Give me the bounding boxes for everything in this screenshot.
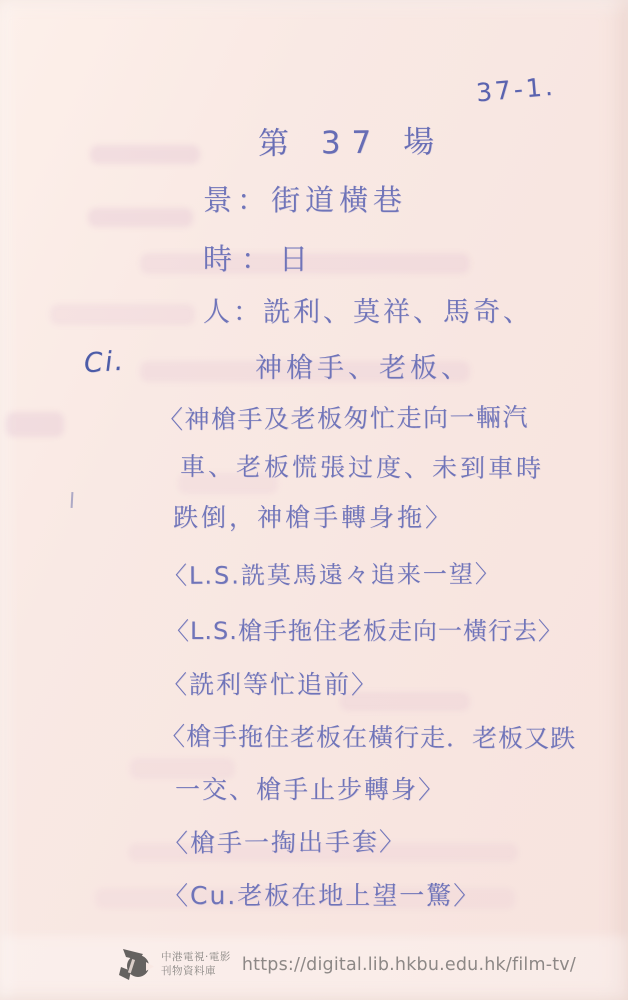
action-line: 〈L.S.槍手拖住老板走向一橫行去〉: [165, 618, 563, 646]
scanned-script-page: 37-1. 第 37 場 景：街道橫巷 時：日 人：詵利、莫祥、馬奇、 Ci. …: [0, 0, 628, 1000]
scene-setting: 景：街道橫巷: [203, 184, 407, 217]
library-name-line1: 中港電視·電影: [161, 951, 231, 965]
page-number: 37-1.: [475, 73, 557, 109]
cast-line-2: 神槍手、老板、: [255, 353, 472, 384]
stray-pen-mark: [71, 492, 74, 508]
ink-bleedthrough: [50, 304, 195, 325]
ink-bleedthrough: [6, 412, 64, 437]
action-line: 跌倒，神槍手轉身拖〉: [173, 504, 453, 533]
scene-time: 時：日: [203, 243, 317, 276]
action-line: 〈神槍手及老板匆忙走向一輛汽: [158, 404, 529, 435]
action-line: 〈Cu.老板在地上望一驚〉: [163, 882, 480, 911]
cast-line-1: 人：詵利、莫祥、馬奇、: [203, 297, 533, 328]
action-line: 車、老板慌張过度、未到車時: [180, 453, 544, 484]
paper-background: 37-1. 第 37 場 景：街道橫巷 時：日 人：詵利、莫祥、馬奇、 Ci. …: [0, 0, 628, 1000]
action-line: 〈槍手拖住老板在橫行走．老板又跌: [160, 723, 576, 754]
action-line: 〈詵利等忙追前〉: [162, 671, 378, 700]
action-line: 一交、槍手止步轉身〉: [175, 776, 445, 805]
studio-light-icon: [118, 946, 154, 984]
library-name: 中港電視·電影 刊物資料庫: [161, 951, 231, 978]
ink-bleedthrough: [90, 145, 200, 164]
action-line: 〈L.S.詵莫馬遠々追来一望〉: [163, 561, 501, 590]
watermark-url: https://digital.lib.hkbu.edu.hk/film-tv/: [242, 955, 576, 975]
ink-bleedthrough: [88, 208, 193, 227]
watermark: 中港電視·電影 刊物資料庫 https://digital.lib.hkbu.e…: [118, 946, 576, 984]
margin-annotation: Ci.: [83, 346, 126, 380]
action-line: 〈槍手一掏出手套〉: [163, 828, 406, 858]
library-name-line2: 刊物資料庫: [161, 965, 231, 979]
scene-heading: 第 37 場: [258, 125, 446, 163]
